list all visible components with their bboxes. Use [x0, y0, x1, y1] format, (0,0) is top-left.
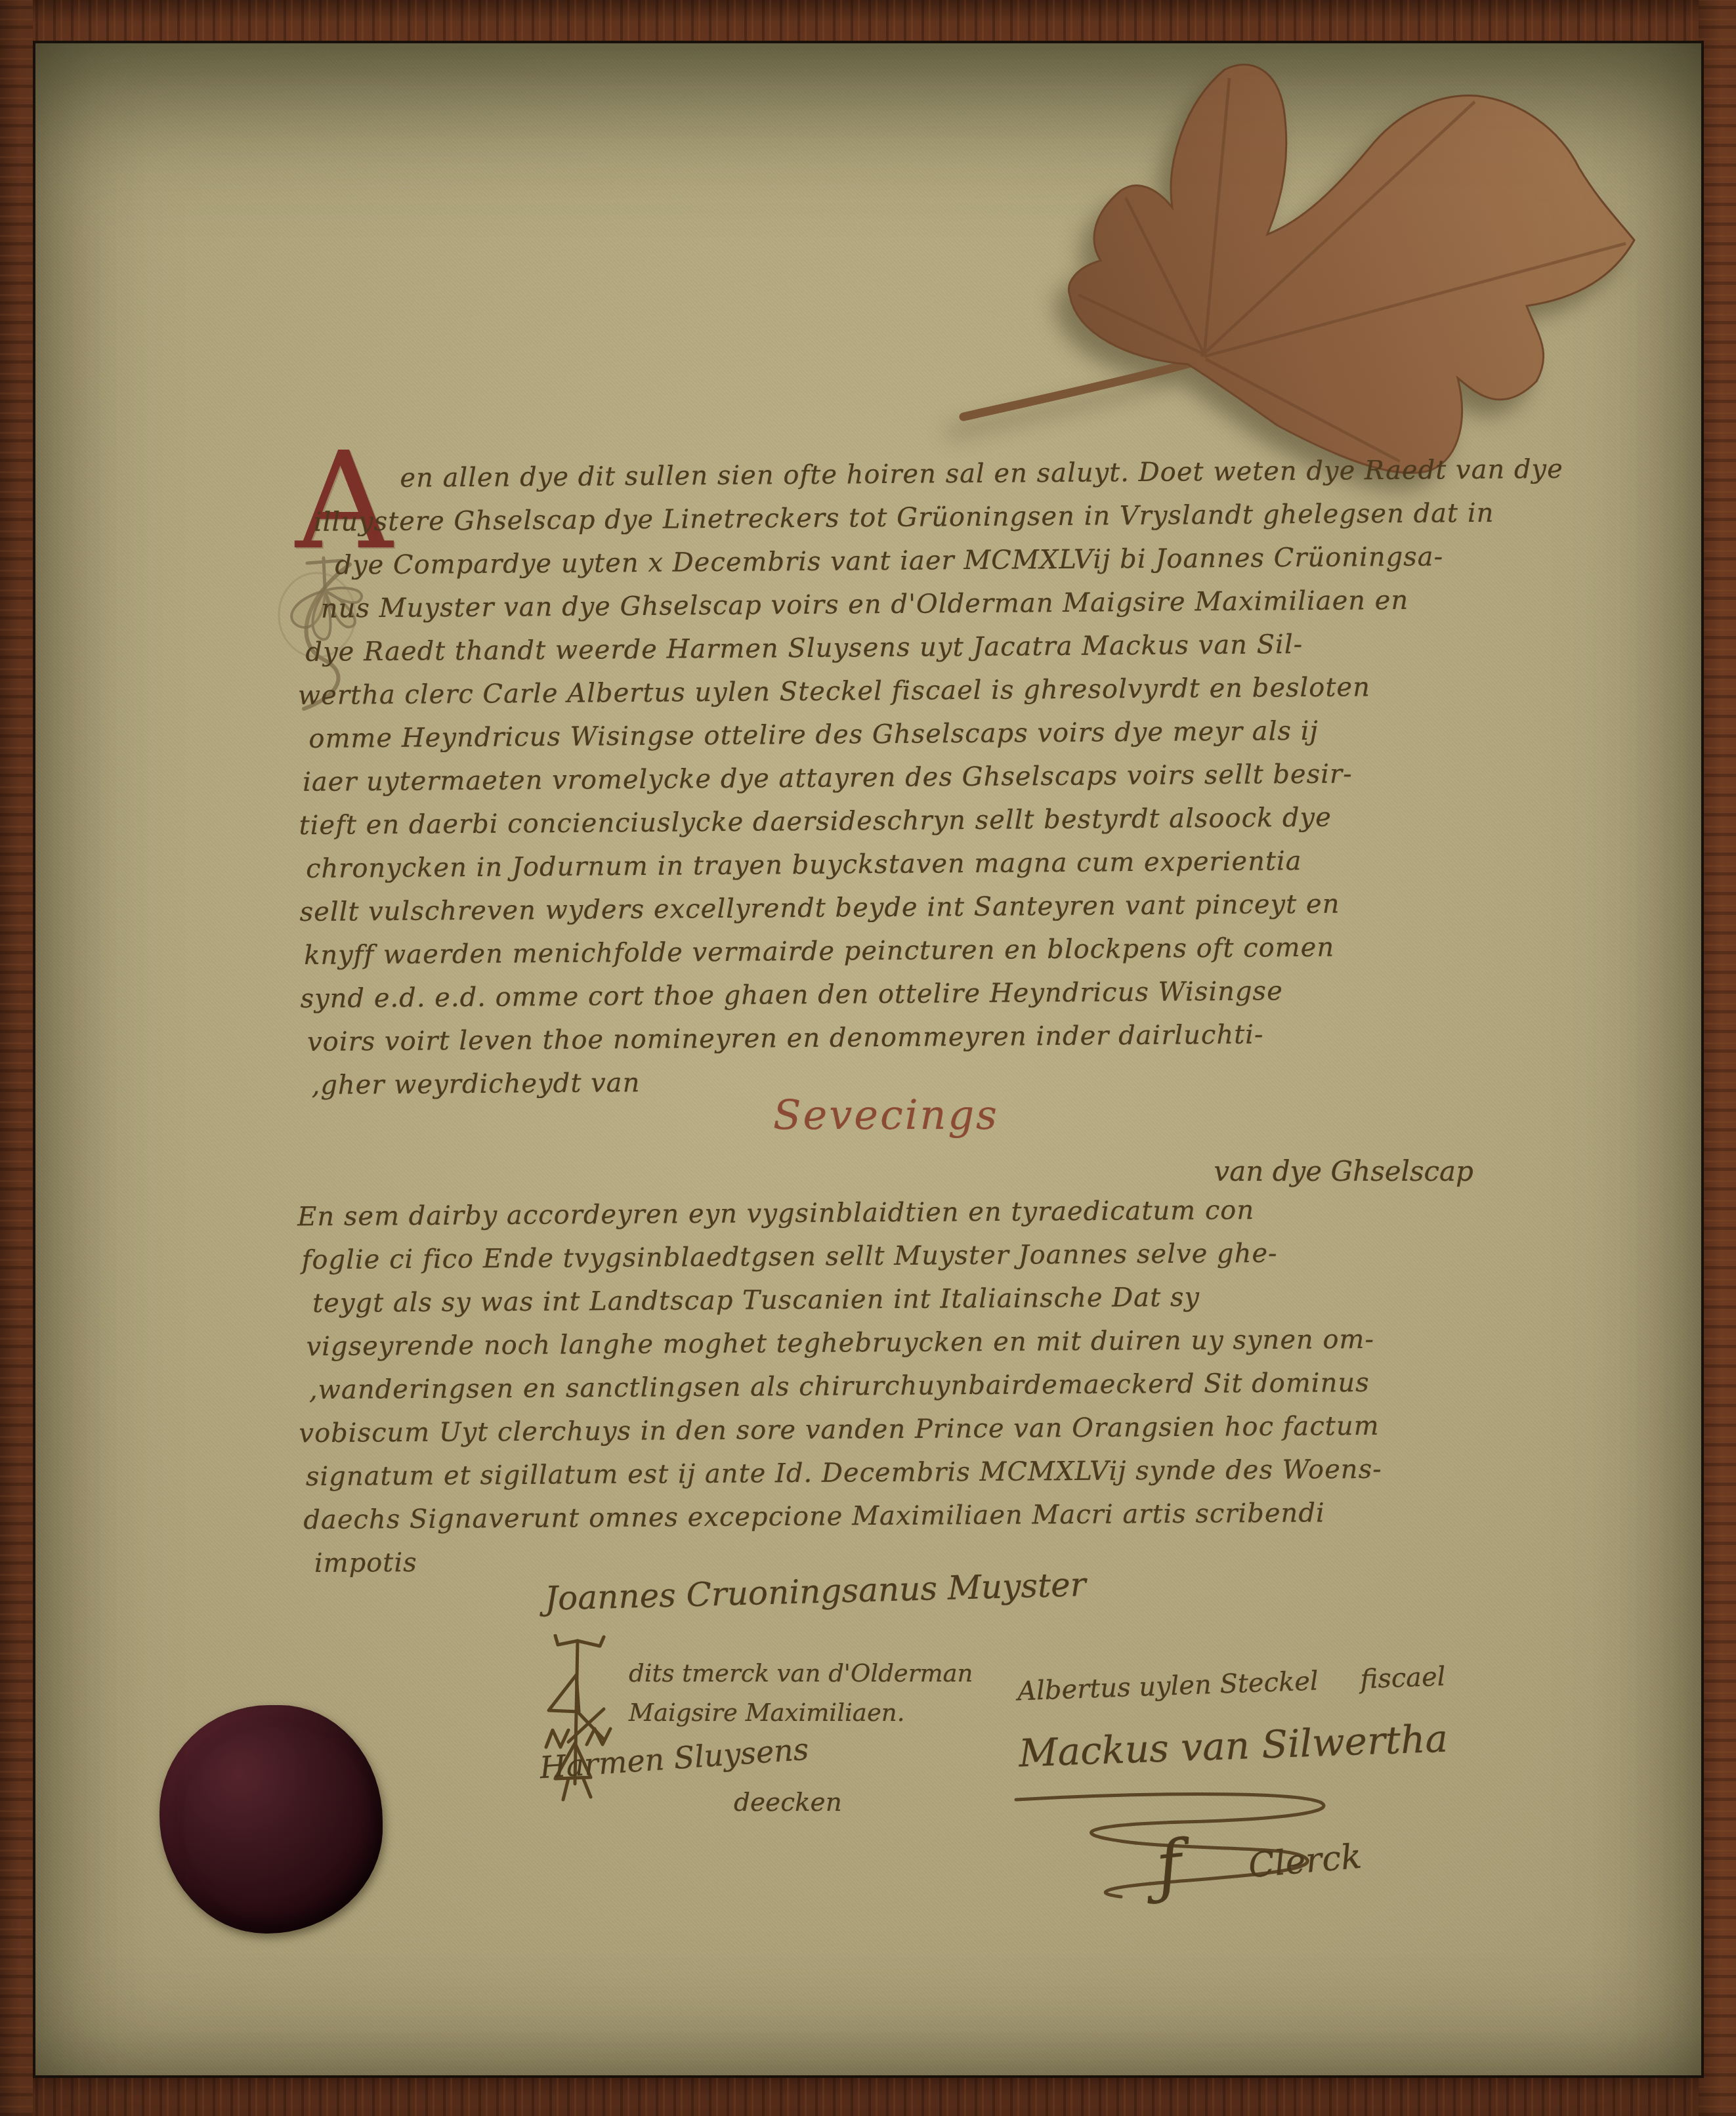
wax-seal	[159, 1705, 383, 1934]
paragraph-2: En sem dairby accordeyren eyn vygsinblai…	[297, 1187, 1475, 1585]
deecken-title: deecken	[734, 1788, 842, 1817]
manuscript-line: ,wanderingsen en sanctlingsen als chirur…	[309, 1361, 1473, 1412]
leaf-stem	[963, 363, 1191, 417]
framed-manuscript-photo: A en allen dye dit sullen sien ofte hoir…	[0, 0, 1736, 2116]
manuscript-line: En sem dairby accordeyren eyn vygsinblai…	[297, 1187, 1472, 1238]
merck-caption-line: Maigsire Maximiliaen.	[629, 1693, 973, 1733]
manuscript-line: teygt als sy was int Landtscap Tuscanien…	[312, 1274, 1473, 1325]
heading-word: Sevecings	[299, 1091, 1473, 1139]
manuscript-line: foglie ci fico Ende tvygsinblaedtgsen se…	[301, 1231, 1472, 1282]
picture-frame-left	[0, 0, 33, 2116]
merck-caption: dits tmerck van d'Olderman Maigsire Maxi…	[629, 1654, 973, 1733]
merck-caption-line: dits tmerck van d'Olderman	[629, 1654, 973, 1693]
manuscript-line: vobiscum Uyt clerchuys in den sore vande…	[299, 1404, 1473, 1455]
manuscript-line: daechs Signaverunt omnes excepcione Maxi…	[303, 1491, 1474, 1542]
manuscript-line: signatum et sigillatum est ij ante Id. D…	[306, 1447, 1474, 1498]
picture-frame-bottom	[0, 2073, 1736, 2116]
manuscript-body: en allen dye dit sullen sien ofte hoiren…	[296, 448, 1476, 1107]
pressed-leaf	[909, 23, 1651, 476]
paragraph-1: en allen dye dit sullen sien ofte hoiren…	[296, 448, 1476, 1107]
manuscript-line: vigseyrende noch langhe moghet teghebruy…	[306, 1317, 1473, 1368]
fiscael-title: fiscael	[1360, 1662, 1446, 1695]
manuscript-line: knyff waerden menichfolde vermairde pein…	[304, 925, 1475, 977]
heading-attribution: van dye Ghselscap	[299, 1155, 1473, 1187]
leaf-blade	[1069, 65, 1634, 473]
picture-frame-right	[1699, 0, 1736, 2116]
